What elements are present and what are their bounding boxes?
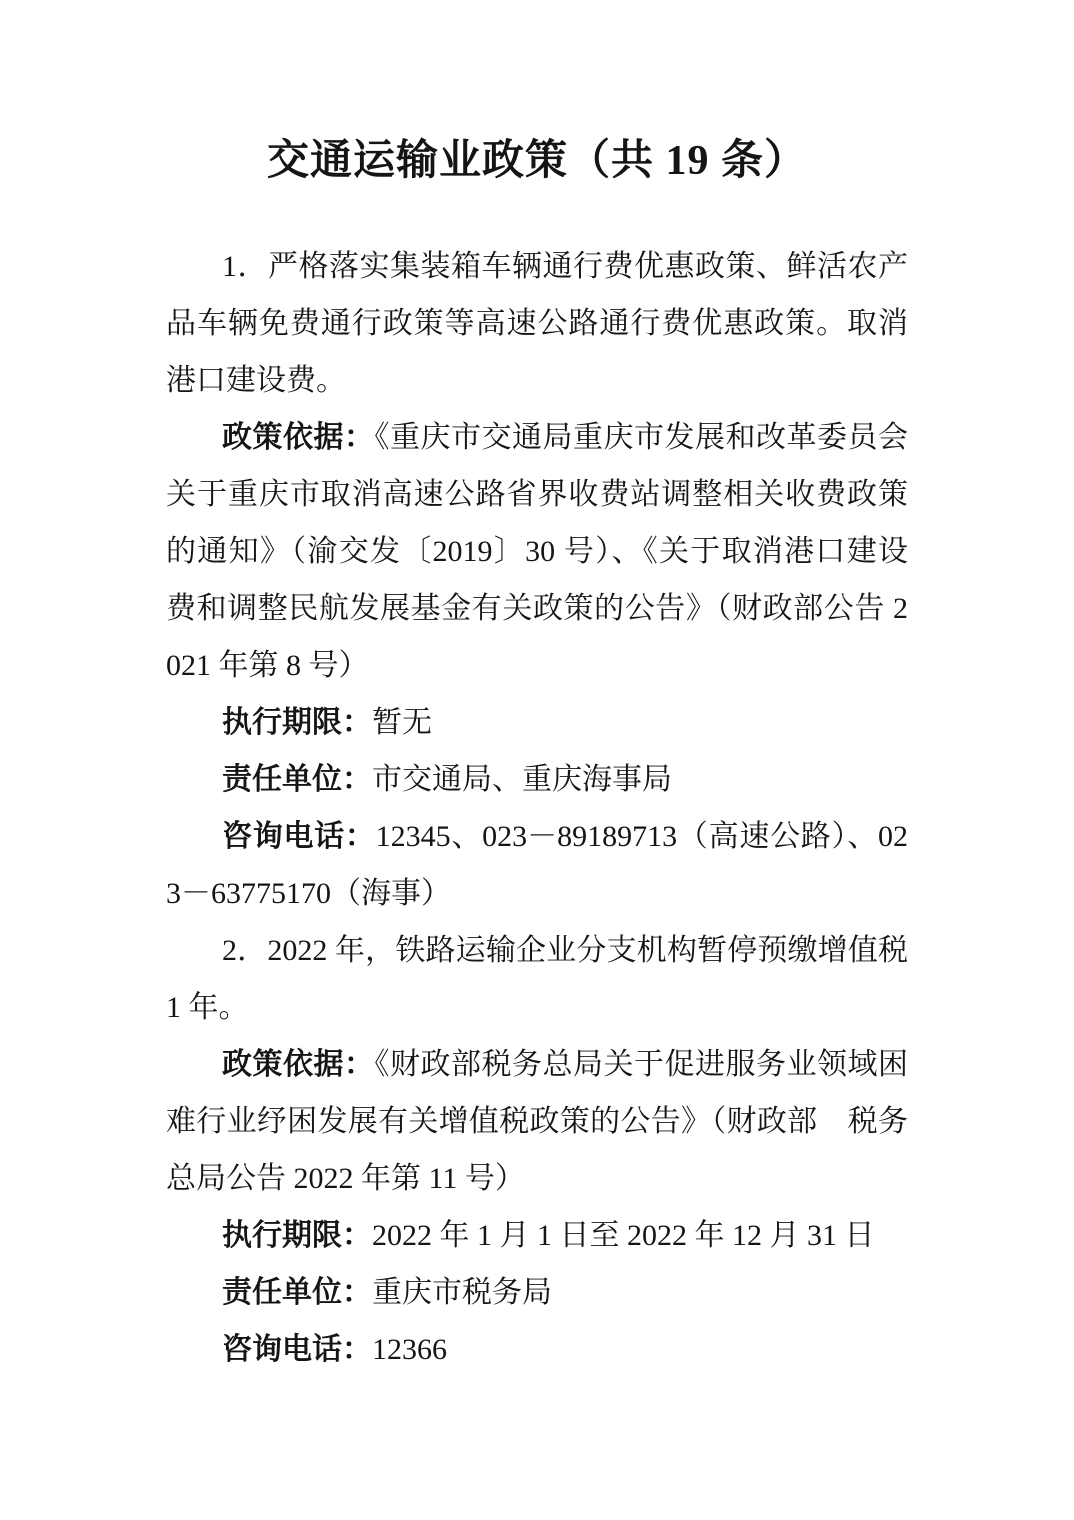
policy-1-basis-paragraph: 政策依据：《重庆市交通局重庆市发展和改革委员会关于重庆市取消高速公路省界收费站调… — [166, 409, 908, 694]
policy-2-period-text: 2022 年 1 月 1 日至 2022 年 12 月 31 日 — [372, 1219, 875, 1252]
policy-1-intro-text: 1．严格落实集装箱车辆通行费优惠政策、鲜活农产品车辆免费通行政策等高速公路通行费… — [166, 250, 908, 397]
policy-2-basis-label: 政策依据： — [222, 1048, 375, 1081]
policy-1-period-label: 执行期限： — [222, 706, 372, 739]
policy-1-unit-label: 责任单位： — [222, 763, 372, 796]
document-page: 交通运输业政策（共 19 条） 1．严格落实集装箱车辆通行费优惠政策、鲜活农产品… — [0, 0, 1074, 1520]
policy-1-period-paragraph: 执行期限：暂无 — [166, 694, 908, 751]
policy-2-basis-paragraph: 政策依据：《财政部税务总局关于促进服务业领域困难行业纾困发展有关增值税政策的公告… — [166, 1036, 908, 1207]
policy-1-basis-label: 政策依据： — [222, 421, 375, 454]
policy-2-unit-label: 责任单位： — [222, 1276, 372, 1309]
policy-1-unit-paragraph: 责任单位：市交通局、重庆海事局 — [166, 751, 908, 808]
document-title: 交通运输业政策（共 19 条） — [166, 130, 908, 192]
policy-2-intro-text: 2．2022 年，铁路运输企业分支机构暂停预缴增值税 1 年。 — [166, 934, 908, 1024]
policy-2-period-paragraph: 执行期限：2022 年 1 月 1 日至 2022 年 12 月 31 日 — [166, 1207, 908, 1264]
policy-1-basis-text: 《重庆市交通局重庆市发展和改革委员会关于重庆市取消高速公路省界收费站调整相关收费… — [166, 421, 908, 682]
policy-2-period-label: 执行期限： — [222, 1219, 372, 1252]
policy-1-phone-label: 咨询电话： — [222, 820, 376, 853]
policy-2-phone-text: 12366 — [372, 1333, 447, 1366]
policy-1-period-text: 暂无 — [372, 706, 432, 739]
policy-1-phone-paragraph: 咨询电话：12345、023－89189713（高速公路）、023－637751… — [166, 808, 908, 922]
policy-2-phone-paragraph: 咨询电话：12366 — [166, 1321, 908, 1378]
policy-2-phone-label: 咨询电话： — [222, 1333, 372, 1366]
policy-1-unit-text: 市交通局、重庆海事局 — [372, 763, 672, 796]
policy-1-intro-paragraph: 1．严格落实集装箱车辆通行费优惠政策、鲜活农产品车辆免费通行政策等高速公路通行费… — [166, 238, 908, 409]
policy-2-unit-text: 重庆市税务局 — [372, 1276, 552, 1309]
policy-2-unit-paragraph: 责任单位：重庆市税务局 — [166, 1264, 908, 1321]
policy-2-intro-paragraph: 2．2022 年，铁路运输企业分支机构暂停预缴增值税 1 年。 — [166, 922, 908, 1036]
